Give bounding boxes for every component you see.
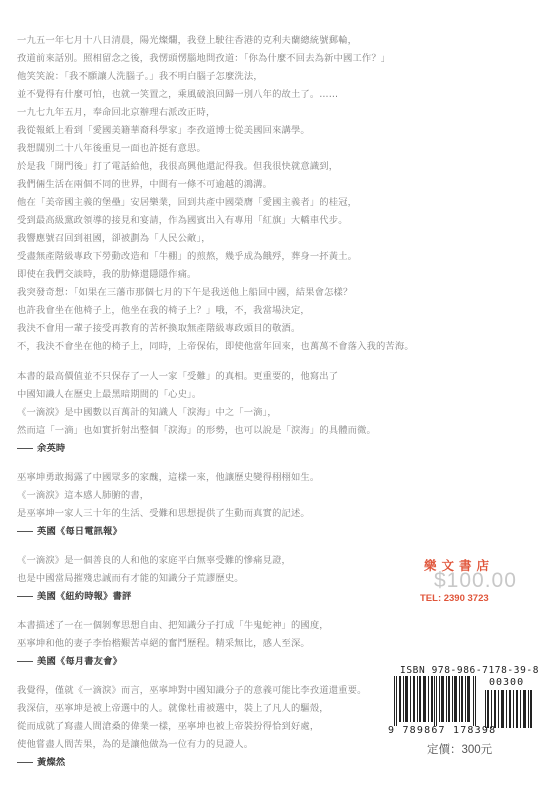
text-line: 也是中國當局摧殘忠誠而有才能的知識分子荒謬歷史。: [17, 573, 244, 585]
text-line: 也許我會坐在他椅子上，他坐在我的椅子上？」哦，不，我當場決定，: [17, 305, 310, 317]
text-line: 我從報紙上看到「愛國美籍華裔科學家」李孜道博士從美國回來講學。: [17, 125, 310, 137]
barcode-addon-icon: [485, 690, 533, 728]
review-attribution: 余英時: [17, 443, 65, 455]
review-attribution: 黃燦然: [17, 757, 65, 769]
text-line: 本書描述了一在一個剝奪思想自由、把知識分子打成「牛鬼蛇神」的國度，: [17, 620, 329, 632]
text-line: 一九七九年五月，奉命回北京辦理右派改正時，: [17, 107, 215, 119]
text-line: 《一滴淚》這本感人肺腑的書，: [17, 490, 149, 502]
review-attribution: 英國《每日電訊報》: [17, 526, 122, 538]
stamp-phone: TEL: 2390 3723: [420, 593, 489, 604]
em-dash: [17, 762, 33, 763]
text-line: 他在「美帝國主義的堡壘」安居樂業，回到共產中國榮膺「愛國主義者」的桂冠，: [17, 197, 357, 209]
text-line: 他笑笑說：「我不願讓人洗腦子。」我不明白腦子怎麼洗法，: [17, 71, 263, 83]
text-line: 我響應號召回到祖國，卻被劃為「人民公敵」，: [17, 233, 211, 245]
text-line: 受盡無產階級專政下勞動改造和「牛棚」的煎熬，幾乎成為餓殍，葬身一抔黃土。: [17, 251, 357, 263]
isbn-label: ISBN 978-986-7178-39-8: [400, 665, 539, 676]
text-line: 《一滴淚》是一個善良的人和他的家庭平白無辜受難的慘痛見證，: [17, 555, 291, 567]
text-line: 我決不會用一輩子接受再教育的苦杯換取無產階級專政頭目的敬酒。: [17, 323, 300, 335]
text-line: 我深信，巫寧坤是被上帝選中的人。就像杜甫被選中，裝上了凡人的驅殼，: [17, 703, 329, 715]
text-line: 中國知識人在歷史上最黑暗期間的「心史」。: [17, 389, 201, 401]
text-line: 然而這「一滴」也如實折射出整個「淚海」的形勢，也可以說是「淚海」的具體而微。: [17, 425, 376, 437]
barcode-addon-number: 00300: [489, 677, 524, 688]
text-line: 我突發奇想：「如果在三藩市那個七月的下午是我送他上船回中國，結果會怎樣？: [17, 287, 352, 299]
text-line: 使他嘗盡人間苦果，為的是讓他做為一位有力的見證人。: [17, 739, 253, 751]
text-line: 我覺得，僅就《一滴淚》而言，巫寧坤對中國知識分子的意義可能比李孜道還重要。: [17, 685, 367, 697]
stamp-price: $100.00: [434, 569, 517, 593]
em-dash: [17, 596, 33, 597]
text-line: 不，我決不會坐在他的椅子上，同時，上帝保佑，即使他當年回來，也萬萬不會落入我的苦…: [17, 341, 414, 353]
text-line: 即使在我們交談時，我的肋條還隱隱作痛。: [17, 269, 197, 281]
text-line: 一九五一年七月十八日清晨，陽光燦爛，我登上駛往香港的克利夫蘭總統號郵輪，: [17, 35, 357, 47]
text-line: 巫寧坤和他的妻子李怡楷艱苦卓絕的奮鬥歷程。精采無比，感人至深。: [17, 638, 310, 650]
em-dash: [17, 531, 33, 532]
review-attribution: 美國《紐約時報》書評: [17, 591, 131, 603]
text-line: 於是我「開門後」打了電話給他，我很高興他還記得我。但我很快就意識到，: [17, 161, 338, 173]
text-line: 孜道前來話別。照相留念之後，我愣頭愣腦地問孜道：「你為什麼不回去為新中國工作？」: [17, 53, 390, 65]
text-line: 巫寧坤勇敢揭露了中國眾多的家醜，這樣一來，他讓歷史變得栩栩如生。: [17, 472, 319, 484]
review-attribution: 美國《每月書友會》: [17, 656, 122, 668]
list-price: 定價：300元: [427, 741, 492, 757]
text-line: 並不覺得有什麼可怕，也就一笑置之，乘風破浪回歸一別八年的故土了。……: [17, 89, 338, 101]
text-line: 受到最高級黨政領導的接見和宴請，作為國賓出入有專用「紅旗」大轎車代步。: [17, 215, 348, 227]
price-stamp: 樂文書店 $100.00 TEL: 2390 3723: [420, 556, 510, 616]
text-line: 我想闊別二十八年後重見一面也許挺有意思。: [17, 143, 206, 155]
barcode-digits: 9 789867 178398: [388, 725, 496, 736]
text-line: 我們倆生活在兩個不同的世界，中間有一條不可逾越的鴻溝。: [17, 179, 272, 191]
text-line: 本書的最高價值並不只保存了一人一家「受難」的真相。更重要的，他寫出了: [17, 371, 338, 383]
text-line: 是巫寧坤一家人三十年的生活、受難和思想提供了生動而真實的記述。: [17, 508, 310, 520]
em-dash: [17, 661, 33, 662]
em-dash: [17, 448, 33, 449]
text-line: 《一滴淚》是中國數以百萬計的知識人「淚海」中之「一滴」，: [17, 407, 277, 419]
barcode-icon: [394, 676, 476, 726]
text-line: 從而成就了寫盡人間滄桑的偉業一樣，巫寧坤也被上帝裝扮得恰到好處，: [17, 721, 319, 733]
